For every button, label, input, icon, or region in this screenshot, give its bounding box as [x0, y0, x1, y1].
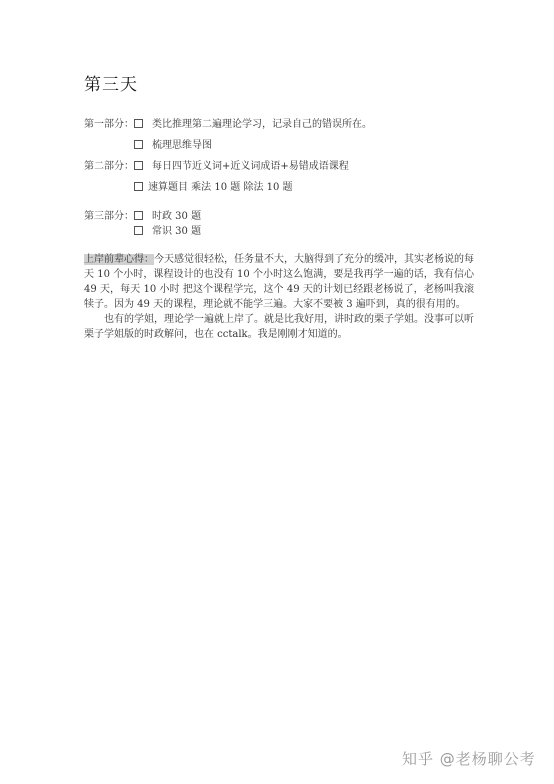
task-item: 时政 30 题 — [152, 210, 201, 223]
checkbox-icon[interactable] — [134, 210, 143, 223]
section-label: 第三部分： — [84, 210, 134, 223]
checkbox-icon[interactable] — [134, 181, 143, 194]
document-page: 第三天 第一部分： 类比推理第二遍理论学习，记录自己的错误所在。 梳理思维导图 … — [0, 0, 554, 784]
checkbox-icon[interactable] — [134, 225, 143, 238]
task-item: 类比推理第二遍理论学习，记录自己的错误所在。 — [152, 118, 372, 131]
experience-paragraph-1: 上岸前辈心得：今天感觉很轻松，任务量不大，大脑得到了充分的缓冲，其实老杨说的每天… — [84, 252, 474, 312]
checkbox-icon[interactable] — [134, 118, 143, 131]
checkbox-icon[interactable] — [134, 139, 143, 152]
task-item: 梳理思维导图 — [152, 139, 212, 152]
watermark: 知乎 @老杨聊公考 — [402, 748, 536, 769]
experience-block: 上岸前辈心得：今天感觉很轻松，任务量不大，大脑得到了充分的缓冲，其实老杨说的每天… — [84, 252, 474, 342]
checkbox-icon[interactable] — [134, 160, 143, 173]
experience-paragraph-2: 也有的学姐，理论学一遍就上岸了。就是比我好用，讲时政的栗子学姐。没事可以听栗子学… — [84, 312, 474, 342]
task-item: 常识 30 题 — [152, 225, 201, 238]
task-item: 每日四节近义词+近义词成语+易错成语课程 — [152, 160, 349, 173]
page-title: 第三天 — [84, 70, 138, 95]
highlight-label: 上岸前辈心得： — [84, 254, 154, 265]
task-item: 速算题目 乘法 10 题 除法 10 题 — [148, 181, 293, 194]
section-label: 第二部分： — [84, 160, 134, 173]
section-label: 第一部分： — [84, 118, 134, 131]
